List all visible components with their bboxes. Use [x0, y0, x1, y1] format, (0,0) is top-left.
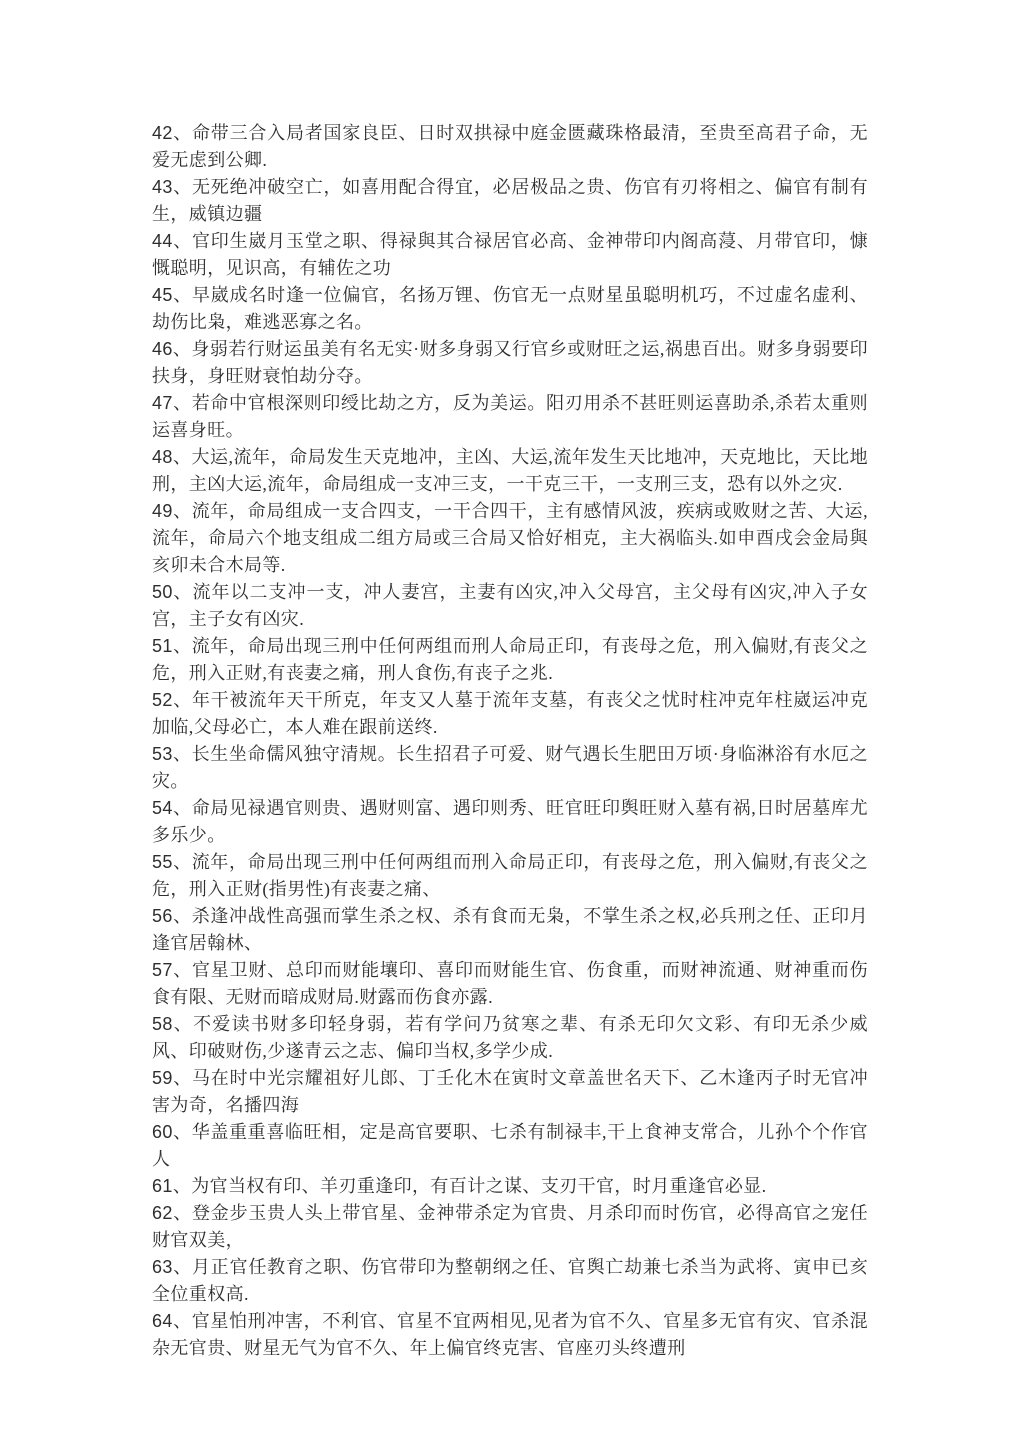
list-item: 60、华盖重重喜临旺相，定是高官要职、七杀有制禄丰,干上食神支常合，儿孙个个作官…: [152, 1119, 868, 1173]
item-text: 无死绝冲破空亡，如喜用配合得宜，必居极品之贵、伤官有刃将相之、偏官有制有生，威镇…: [152, 177, 868, 224]
list-item: 53、长生坐命儒风独守清规。长生招君子可爱、财气遇长生肥田万顷·身临淋浴有水厄之…: [152, 741, 868, 795]
item-number: 64: [152, 1311, 173, 1331]
list-item: 54、命局见禄遇官则贵、遇财则富、遇印则秀、旺官旺印舆旺财入墓有祸,日时居墓库尤…: [152, 795, 868, 849]
item-separator: 、: [173, 852, 192, 872]
item-separator: 、: [173, 1311, 192, 1331]
list-item: 59、马在时中光宗耀祖好儿郎、丁壬化木在寅时文章盖世名天下、乙木逢丙子时无官冲害…: [152, 1065, 868, 1119]
item-separator: 、: [173, 744, 192, 764]
item-separator: 、: [173, 1122, 192, 1142]
item-number: 53: [152, 744, 173, 764]
list-item: 50、流年以二支冲一支，冲人妻宫，主妻有凶灾,冲入父母宫，主父母有凶灾,冲入子女…: [152, 579, 868, 633]
list-item: 64、官星怕刑冲害，不利官、官星不宜两相见,见者为官不久、官星多无官有灾、官杀混…: [152, 1308, 868, 1362]
item-number: 58: [152, 1014, 173, 1034]
item-number: 44: [152, 231, 173, 251]
list-item: 61、为官当权有印、羊刃重逢印，有百计之谋、支刃干官，时月重逢官必显.: [152, 1173, 868, 1200]
item-text: 流年，命局出现三刑中任何两组而刑入命局正印，有丧母之危，刑入偏财,有丧父之危，刑…: [152, 852, 868, 899]
item-separator: 、: [173, 1014, 193, 1034]
item-separator: 、: [173, 1176, 191, 1196]
item-separator: 、: [173, 1257, 192, 1277]
item-separator: 、: [173, 231, 192, 251]
list-item: 43、无死绝冲破空亡，如喜用配合得宜，必居极品之贵、伤官有刃将相之、偏官有制有生…: [152, 174, 868, 228]
item-separator: 、: [173, 393, 192, 413]
item-separator: 、: [173, 636, 192, 656]
item-number: 52: [152, 690, 173, 710]
item-separator: 、: [173, 906, 192, 926]
item-number: 43: [152, 177, 173, 197]
item-number: 55: [152, 852, 173, 872]
item-text: 流年，命局出现三刑中任何两组而刑人命局正印，有丧母之危，刑入偏财,有丧父之危，刑…: [152, 636, 868, 683]
item-number: 48: [152, 447, 173, 467]
item-text: 流年以二支冲一支，冲人妻宫，主妻有凶灾,冲入父母宫，主父母有凶灾,冲入子女宫，主…: [152, 582, 868, 629]
item-separator: 、: [173, 339, 192, 359]
item-number: 47: [152, 393, 173, 413]
list-item: 48、大运,流年，命局发生天克地冲，主凶、大运,流年发生天比地冲，天克地比，天比…: [152, 444, 868, 498]
item-text: 命局见禄遇官则贵、遇财则富、遇印则秀、旺官旺印舆旺财入墓有祸,日时居墓库尤多乐少…: [152, 798, 868, 845]
item-text: 官印生崴月玉堂之职、得禄與其合禄居官必高、金神带印内阁高蓡、月带官印，慷慨聪明，…: [152, 231, 868, 278]
item-separator: 、: [173, 123, 192, 143]
item-text: 官星怕刑冲害，不利官、官星不宜两相见,见者为官不久、官星多无官有灾、官杀混杂无官…: [152, 1311, 868, 1358]
item-number: 54: [152, 798, 173, 818]
item-separator: 、: [173, 798, 192, 818]
item-text: 杀逢冲战性高强而掌生杀之权、杀有食而无枭，不掌生杀之权,必兵刑之任、正印月逢官居…: [152, 906, 868, 953]
list-item: 51、流年，命局出现三刑中任何两组而刑人命局正印，有丧母之危，刑入偏财,有丧父之…: [152, 633, 868, 687]
item-number: 60: [152, 1122, 173, 1142]
item-text: 命带三合入局者国家良臣、日时双拱禄中庭金匮藏珠格最清，至贵至高君子命，无爱无虑到…: [152, 123, 868, 170]
item-text: 大运,流年，命局发生天克地冲，主凶、大运,流年发生天比地冲，天克地比，天比地刑，…: [152, 447, 868, 494]
item-number: 45: [152, 285, 173, 305]
item-separator: 、: [173, 447, 192, 467]
item-text: 若命中官根深则印绶比劫之方，反为美运。阳刃用杀不甚旺则运喜助杀,杀若太重则运喜身…: [152, 393, 868, 440]
item-number: 57: [152, 960, 173, 980]
item-text: 不爱读书财多印轻身弱，若有学问乃贫寒之辈、有杀无印欠文彩、有印无杀少威风、印破财…: [152, 1014, 868, 1061]
item-text: 月正官任教育之职、伤官带印为整朝纲之任、官舆亡劫兼七杀当为武将、寅申已亥全位重权…: [152, 1257, 868, 1304]
item-text: 登金步玉贵人头上带官星、金神带杀定为官贵、月杀印而时伤官，必得高官之宠任财官双美…: [152, 1203, 868, 1250]
list-item: 63、月正官任教育之职、伤官带印为整朝纲之任、官舆亡劫兼七杀当为武将、寅申已亥全…: [152, 1254, 868, 1308]
list-item: 42、命带三合入局者国家良臣、日时双拱禄中庭金匮藏珠格最清，至贵至高君子命，无爱…: [152, 120, 868, 174]
item-text: 为官当权有印、羊刃重逢印，有百计之谋、支刃干官，时月重逢官必显.: [191, 1176, 766, 1196]
list-item: 49、流年，命局组成一支合四支，一干合四干，主有感情风波，疾病或败财之苦、大运,…: [152, 498, 868, 579]
item-separator: 、: [173, 1203, 192, 1223]
item-number: 56: [152, 906, 173, 926]
item-number: 63: [152, 1257, 173, 1277]
item-separator: 、: [173, 582, 193, 602]
item-text: 马在时中光宗耀祖好儿郎、丁壬化木在寅时文章盖世名天下、乙木逢丙子时无官冲害为奇，…: [152, 1068, 868, 1115]
item-number: 42: [152, 123, 173, 143]
item-separator: 、: [173, 285, 192, 305]
item-number: 62: [152, 1203, 173, 1223]
list-item: 55、流年，命局出现三刑中任何两组而刑入命局正印，有丧母之危，刑入偏财,有丧父之…: [152, 849, 868, 903]
item-separator: 、: [173, 501, 192, 521]
item-separator: 、: [173, 690, 192, 710]
item-text: 身弱若行财运虽美有名无实·财多身弱又行官乡或财旺之运,祸患百出。财多身弱要印扶身…: [152, 339, 868, 386]
item-text: 年干被流年天干所克，年支又人墓于流年支墓，有丧父之忧时柱冲克年柱崴运冲克加临,父…: [152, 690, 868, 737]
list-item: 57、官星卫财、总印而财能壤印、喜印而财能生官、伤食重，而财神流通、财神重而伤食…: [152, 957, 868, 1011]
item-number: 46: [152, 339, 173, 359]
list-item: 46、身弱若行财运虽美有名无实·财多身弱又行官乡或财旺之运,祸患百出。财多身弱要…: [152, 336, 868, 390]
item-separator: 、: [173, 960, 192, 980]
item-text: 早崴成名时逢一位偏官，名扬万锂、伤官无一点财星虽聪明机巧，不过虚名虚利、劫伤比枭…: [152, 285, 868, 332]
list-item: 47、若命中官根深则印绶比劫之方，反为美运。阳刃用杀不甚旺则运喜助杀,杀若太重则…: [152, 390, 868, 444]
list-item: 56、杀逢冲战性高强而掌生杀之权、杀有食而无枭，不掌生杀之权,必兵刑之任、正印月…: [152, 903, 868, 957]
item-number: 59: [152, 1068, 173, 1088]
item-number: 51: [152, 636, 173, 656]
list-item: 44、官印生崴月玉堂之职、得禄與其合禄居官必高、金神带印内阁高蓡、月带官印，慷慨…: [152, 228, 868, 282]
item-text: 长生坐命儒风独守清规。长生招君子可爱、财气遇长生肥田万顷·身临淋浴有水厄之灾。: [152, 744, 868, 791]
item-text: 流年，命局组成一支合四支，一干合四干，主有感情风波，疾病或败财之苦、大运,流年，…: [152, 501, 868, 575]
item-number: 61: [152, 1176, 173, 1196]
item-text: 官星卫财、总印而财能壤印、喜印而财能生官、伤食重，而财神流通、财神重而伤食有限、…: [152, 960, 868, 1007]
list-item: 62、登金步玉贵人头上带官星、金神带杀定为官贵、月杀印而时伤官，必得高官之宠任财…: [152, 1200, 868, 1254]
item-text: 华盖重重喜临旺相，定是高官要职、七杀有制禄丰,干上食神支常合，儿孙个个作官人: [152, 1122, 868, 1169]
list-item: 58、不爱读书财多印轻身弱，若有学问乃贫寒之辈、有杀无印欠文彩、有印无杀少威风、…: [152, 1011, 868, 1065]
item-separator: 、: [173, 177, 192, 197]
list-item: 52、年干被流年天干所克，年支又人墓于流年支墓，有丧父之忧时柱冲克年柱崴运冲克加…: [152, 687, 868, 741]
item-separator: 、: [173, 1068, 192, 1088]
list-item: 45、早崴成名时逢一位偏官，名扬万锂、伤官无一点财星虽聪明机巧，不过虚名虚利、劫…: [152, 282, 868, 336]
item-number: 49: [152, 501, 173, 521]
document-page: 42、命带三合入局者国家良臣、日时双拱禄中庭金匮藏珠格最清，至贵至高君子命，无爱…: [0, 0, 1018, 1440]
item-number: 50: [152, 582, 173, 602]
